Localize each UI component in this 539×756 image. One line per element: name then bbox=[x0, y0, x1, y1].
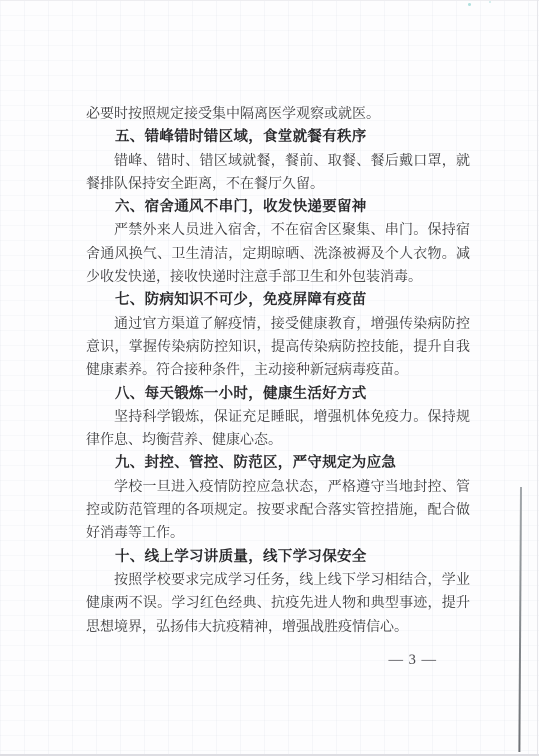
section-heading: 十、线上学习讲质量，线下学习保安全 bbox=[86, 546, 470, 569]
paragraph: 必要时按照规定接受集中隔离医学观察或就医。 bbox=[86, 103, 470, 126]
section-heading: 七、防病知识不可少，免疫屏障有疫苗 bbox=[86, 289, 470, 312]
page-number: — 3 — bbox=[86, 652, 437, 669]
paragraph: 错峰、错时、错区域就餐，餐前、取餐、餐后戴口罩，就餐排队保持安全距离，不在餐厅久… bbox=[86, 150, 470, 197]
scan-speck bbox=[489, 1, 491, 3]
paragraph: 严禁外来人员进入宿舍，不在宿舍区聚集、串门。保持宿舍通风换气、卫生清洁，定期晾晒… bbox=[86, 219, 470, 289]
paragraph: 通过官方渠道了解疫情，接受健康教育，增强传染病防控意识，掌握传染病防控知识，提高… bbox=[86, 313, 470, 383]
document-body: 必要时按照规定接受集中隔离医学观察或就医。五、错峰错时错区域，食堂就餐有秩序错峰… bbox=[86, 103, 470, 639]
scan-artifact-line bbox=[518, 487, 522, 752]
section-heading: 八、每天锻炼一小时，健康生活好方式 bbox=[86, 383, 470, 406]
section-heading: 九、封控、管控、防范区，严守规定为应急 bbox=[86, 452, 470, 475]
paragraph: 学校一旦进入疫情防控应急状态，严格遵守当地封控、管控或防范管理的各项规定。按要求… bbox=[86, 476, 470, 546]
scanned-document-page: 必要时按照规定接受集中隔离医学观察或就医。五、错峰错时错区域，食堂就餐有秩序错峰… bbox=[0, 0, 539, 756]
paragraph: 按照学校要求完成学习任务，线上线下学习相结合，学业健康两不误。学习红色经典、抗疫… bbox=[86, 569, 470, 639]
paragraph: 坚持科学锻炼，保证充足睡眠，增强机体免疫力。保持规律作息、均衡营养、健康心态。 bbox=[86, 406, 470, 453]
page-top-edge bbox=[0, 0, 539, 1]
scan-speck bbox=[468, 3, 471, 6]
section-heading: 五、错峰错时错区域，食堂就餐有秩序 bbox=[86, 126, 470, 149]
section-heading: 六、宿舍通风不串门，收发快递要留神 bbox=[86, 196, 470, 219]
page-right-edge bbox=[537, 0, 538, 756]
